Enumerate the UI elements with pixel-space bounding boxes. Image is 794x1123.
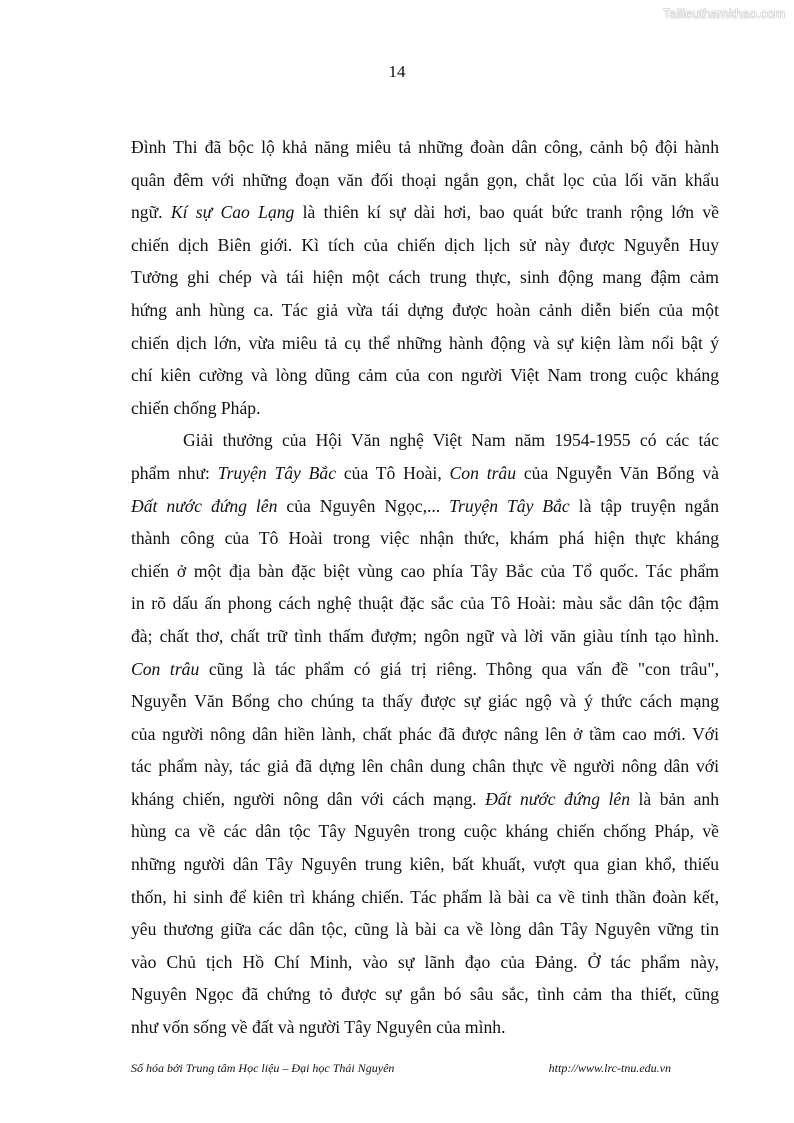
text-line: Con trâu cũng là tác phẩm có giá trị riê… xyxy=(131,653,719,686)
text-run: yêu thương giữa các dân tộc, cũng là bài… xyxy=(131,919,719,939)
watermark: Tailieuthamkhao.com xyxy=(663,6,785,21)
italic-title: Truyện Tây Bắc xyxy=(218,463,336,483)
text-line: Nguyễn Văn Bổng cho chúng ta thấy được s… xyxy=(131,685,719,718)
text-run: là bản anh xyxy=(630,789,719,809)
text-line: hứng anh hùng ca. Tác giả vừa tái dựng đ… xyxy=(131,294,719,327)
text-run: quân đêm với những đoạn văn đối thoại ng… xyxy=(131,170,719,190)
text-run: chiến chống Pháp. xyxy=(131,398,260,418)
text-run: là thiên kí sự dài hơi, bao quát bức tra… xyxy=(294,202,719,222)
text-line: chiến dịch Biên giới. Kì tích của chiến … xyxy=(131,229,719,262)
text-run: thành công của Tô Hoài trong việc nhận t… xyxy=(131,528,719,548)
text-line: chí kiên cường và lòng dũng cảm của con … xyxy=(131,359,719,392)
text-line: Đất nước đứng lên của Nguyên Ngọc,... Tr… xyxy=(131,490,719,523)
text-line: những người dân Tây Nguyên trung kiên, b… xyxy=(131,848,719,881)
text-run: in rõ dấu ấn phong cách nghệ thuật đặc s… xyxy=(131,593,719,613)
text-line: phẩm như: Truyện Tây Bắc của Tô Hoài, Co… xyxy=(131,457,719,490)
text-line: vào Chủ tịch Hồ Chí Minh, vào sự lãnh đạ… xyxy=(131,946,719,979)
footer-credit: Số hóa bởi Trung tâm Học liệu – Đại học … xyxy=(131,1061,394,1076)
footer-url[interactable]: http://www.lrc-tnu.edu.vn xyxy=(549,1061,671,1076)
text-line: của người nông dân hiền lành, chất phác … xyxy=(131,718,719,751)
text-run: kháng chiến, người nông dân với cách mạn… xyxy=(131,789,485,809)
text-line: thành công của Tô Hoài trong việc nhận t… xyxy=(131,522,719,555)
body-text: Đình Thi đã bộc lộ khả năng miêu tả nhữn… xyxy=(131,131,719,1044)
italic-title: Truyện Tây Bắc xyxy=(449,496,570,516)
text-run: phẩm như: xyxy=(131,463,218,483)
page-number: 14 xyxy=(0,62,794,82)
text-run: ngữ. xyxy=(131,202,171,222)
text-run: Đình Thi đã bộc lộ khả năng miêu tả nhữn… xyxy=(131,137,719,157)
footer: Số hóa bởi Trung tâm Học liệu – Đại học … xyxy=(131,1061,671,1076)
text-line: chiến ở một địa bàn đặc biệt vùng cao ph… xyxy=(131,555,719,588)
italic-title: Kí sự Cao Lạng xyxy=(171,202,295,222)
text-line: chiến dịch lớn, vừa miêu tả cụ thể những… xyxy=(131,327,719,360)
text-run: là tập truyện ngắn xyxy=(570,496,719,516)
text-run: tác phẩm này, tác giả đã dựng lên chân d… xyxy=(131,756,719,776)
text-run: hùng ca về các dân tộc Tây Nguyên trong … xyxy=(131,821,719,841)
text-run: Tưởng ghi chép và tái hiện một cách trun… xyxy=(131,267,719,287)
text-line: chiến chống Pháp. xyxy=(131,392,719,425)
text-line: Giải thưởng của Hội Văn nghệ Việt Nam nă… xyxy=(131,424,719,457)
text-run: những người dân Tây Nguyên trung kiên, b… xyxy=(131,854,719,874)
text-run: của Nguyễn Văn Bổng và xyxy=(516,463,719,483)
text-run: như vốn sống về đất và người Tây Nguyên … xyxy=(131,1017,506,1037)
text-run: Nguyễn Văn Bổng cho chúng ta thấy được s… xyxy=(131,691,719,711)
text-run: cũng là tác phẩm có giá trị riêng. Thông… xyxy=(199,659,719,679)
text-run: chí kiên cường và lòng dũng cảm của con … xyxy=(131,365,719,385)
text-run: Giải thưởng của Hội Văn nghệ Việt Nam nă… xyxy=(183,430,719,450)
text-line: Tưởng ghi chép và tái hiện một cách trun… xyxy=(131,261,719,294)
text-line: quân đêm với những đoạn văn đối thoại ng… xyxy=(131,164,719,197)
text-line: kháng chiến, người nông dân với cách mạn… xyxy=(131,783,719,816)
text-run: thốn, hi sinh để kiên trì kháng chiến. T… xyxy=(131,887,719,907)
text-run: chiến dịch lớn, vừa miêu tả cụ thể những… xyxy=(131,333,719,353)
text-line: hùng ca về các dân tộc Tây Nguyên trong … xyxy=(131,815,719,848)
text-run: của Tô Hoài, xyxy=(336,463,450,483)
text-run: đà; chất thơ, chất trữ tình thấm đượm; n… xyxy=(131,626,719,646)
text-run: chiến ở một địa bàn đặc biệt vùng cao ph… xyxy=(131,561,719,581)
text-run: Nguyên Ngọc đã chứng tỏ được sự gắn bó s… xyxy=(131,984,719,1004)
text-line: Nguyên Ngọc đã chứng tỏ được sự gắn bó s… xyxy=(131,978,719,1011)
text-line: như vốn sống về đất và người Tây Nguyên … xyxy=(131,1011,719,1044)
text-line: ngữ. Kí sự Cao Lạng là thiên kí sự dài h… xyxy=(131,196,719,229)
paragraph: Giải thưởng của Hội Văn nghệ Việt Nam nă… xyxy=(131,424,719,1043)
text-run: của Nguyên Ngọc,... xyxy=(277,496,449,516)
italic-title: Con trâu xyxy=(131,659,199,679)
text-line: in rõ dấu ấn phong cách nghệ thuật đặc s… xyxy=(131,587,719,620)
text-run: của người nông dân hiền lành, chất phác … xyxy=(131,724,719,744)
text-run: vào Chủ tịch Hồ Chí Minh, vào sự lãnh đạ… xyxy=(131,952,719,972)
text-run: hứng anh hùng ca. Tác giả vừa tái dựng đ… xyxy=(131,300,719,320)
text-run: chiến dịch Biên giới. Kì tích của chiến … xyxy=(131,235,719,255)
text-line: thốn, hi sinh để kiên trì kháng chiến. T… xyxy=(131,881,719,914)
italic-title: Đất nước đứng lên xyxy=(485,789,630,809)
italic-title: Đất nước đứng lên xyxy=(131,496,277,516)
text-line: đà; chất thơ, chất trữ tình thấm đượm; n… xyxy=(131,620,719,653)
paragraph: Đình Thi đã bộc lộ khả năng miêu tả nhữn… xyxy=(131,131,719,424)
text-line: Đình Thi đã bộc lộ khả năng miêu tả nhữn… xyxy=(131,131,719,164)
text-line: yêu thương giữa các dân tộc, cũng là bài… xyxy=(131,913,719,946)
text-line: tác phẩm này, tác giả đã dựng lên chân d… xyxy=(131,750,719,783)
italic-title: Con trâu xyxy=(450,463,516,483)
